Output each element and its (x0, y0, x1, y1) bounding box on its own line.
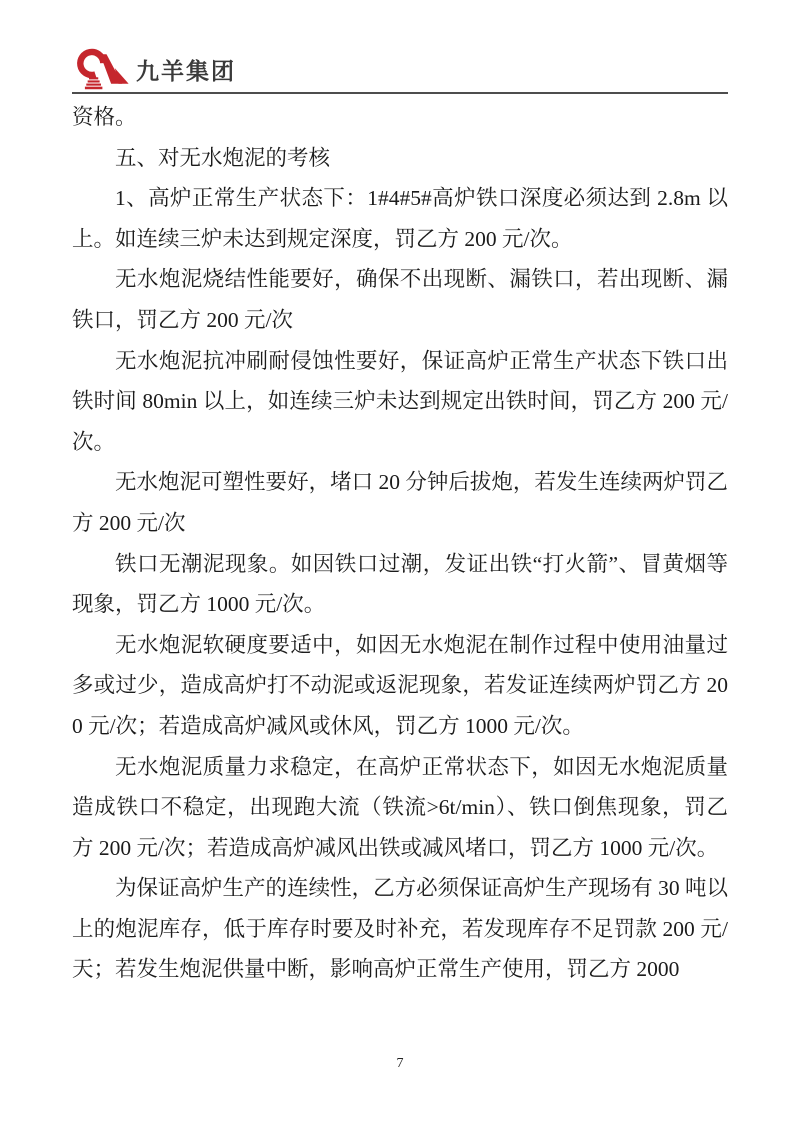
paragraph: 无水炮泥可塑性要好，堵口 20 分钟后拔炮，若发生连续两炉罚乙方 200 元/次 (72, 462, 728, 543)
page-header: 九羊集团 (72, 46, 728, 92)
paragraph: 1、高炉正常生产状态下：1#4#5#高炉铁口深度必须达到 2.8m 以上。如连续… (72, 178, 728, 259)
paragraph: 铁口无潮泥现象。如因铁口过潮，发证出铁“打火箭”、冒黄烟等现象，罚乙方 1000… (72, 544, 728, 625)
paragraph: 资格。 (72, 97, 728, 138)
paragraph: 无水炮泥质量力求稳定，在高炉正常状态下，如因无水炮泥质量造成铁口不稳定，出现跑大… (72, 747, 728, 869)
page-number: 7 (0, 1056, 800, 1072)
paragraph: 无水炮泥软硬度要适中，如因无水炮泥在制作过程中使用油量过多或过少，造成高炉打不动… (72, 625, 728, 747)
header-divider-line (72, 92, 728, 94)
document-page: 九羊集团 资格。 五、对无水炮泥的考核 1、高炉正常生产状态下：1#4#5#高炉… (0, 0, 800, 1131)
paragraph: 无水炮泥烧结性能要好，确保不出现断、漏铁口，若出现断、漏铁口，罚乙方 200 元… (72, 259, 728, 340)
paragraph: 为保证高炉生产的连续性，乙方必须保证高炉生产现场有 30 吨以上的炮泥库存，低于… (72, 868, 728, 990)
paragraph: 无水炮泥抗冲刷耐侵蚀性要好，保证高炉正常生产状态下铁口出铁时间 80min 以上… (72, 341, 728, 463)
document-body: 资格。 五、对无水炮泥的考核 1、高炉正常生产状态下：1#4#5#高炉铁口深度必… (72, 97, 728, 990)
paragraph-section-heading: 五、对无水炮泥的考核 (72, 138, 728, 179)
nine-ram-logo-icon (72, 46, 130, 92)
company-name: 九羊集团 (136, 56, 236, 83)
